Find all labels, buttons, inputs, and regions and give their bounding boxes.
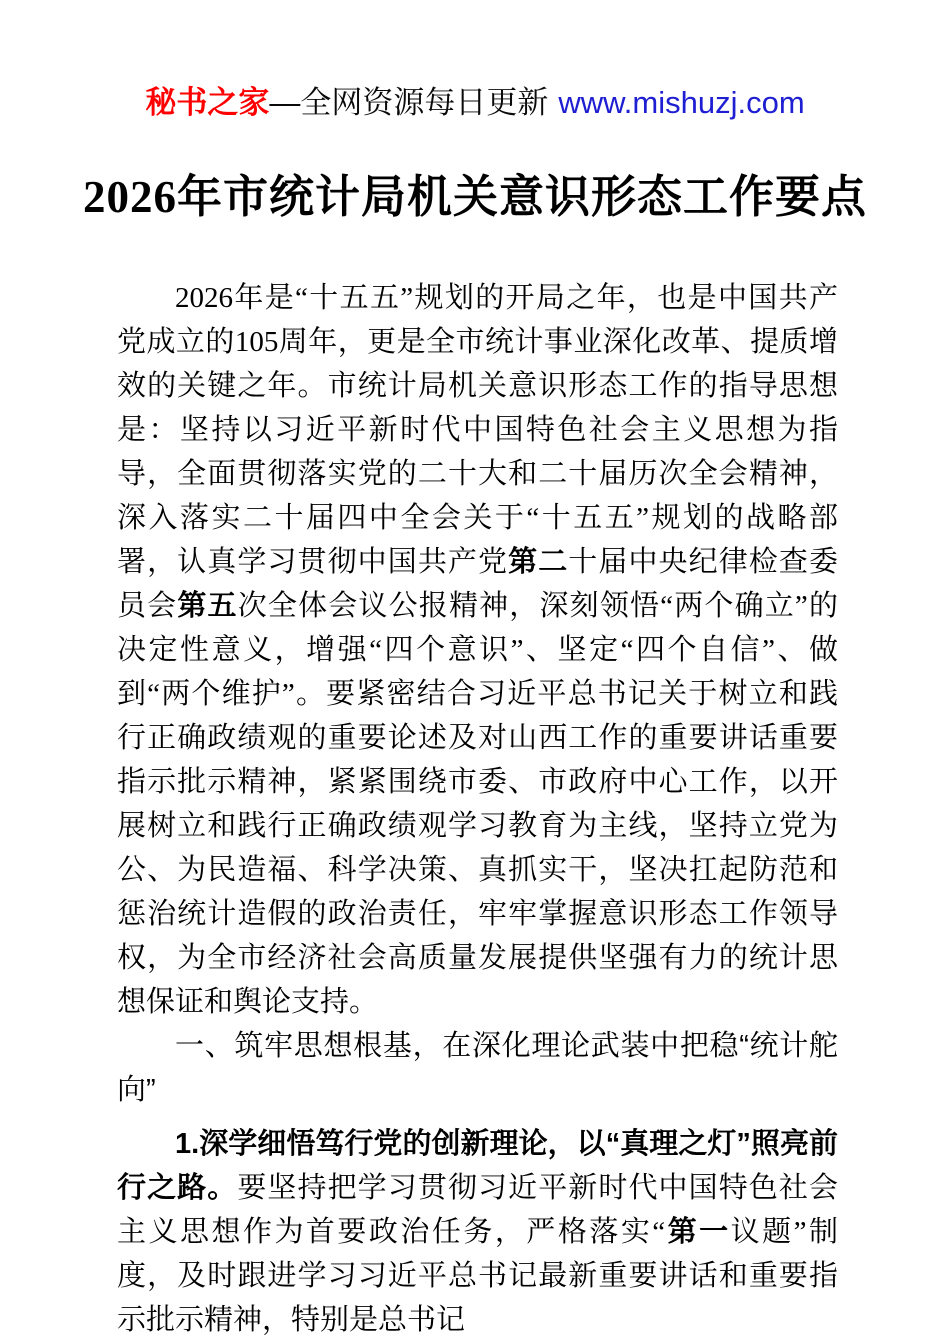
site-header: 秘书之家—全网资源每日更新www.mishuzj.com	[0, 84, 950, 122]
paragraph-intro: 2026年是“十五五”规划的开局之年，也是中国共产党成立的105周年，更是全市统…	[117, 276, 838, 1024]
text-run: 第一	[665, 1216, 730, 1248]
site-url: www.mishuzj.com	[558, 85, 804, 120]
text-run: 第二	[508, 546, 568, 578]
document-body: 2026年是“十五五”规划的开局之年，也是中国共产党成立的105周年，更是全市统…	[117, 276, 838, 1342]
paragraph-section-1: 1.深学细悟笃行党的创新理论，以“真理之灯”照亮前行之路。要坚持把学习贯彻习近平…	[117, 1122, 838, 1342]
site-tagline: —全网资源每日更新	[269, 85, 548, 120]
document-page: 秘书之家—全网资源每日更新www.mishuzj.com 2026年市统计局机关…	[0, 0, 950, 1344]
section-heading-1: 一、筑牢思想根基，在深化理论武装中把稳“统计舵向”	[117, 1024, 838, 1112]
document-title: 2026年市统计局机关意识形态工作要点	[30, 168, 920, 226]
text-run: 次全体会议公报精神，深刻领悟“两个确立”的决定性意义，增强“四个意识”、坚定“四…	[117, 590, 838, 1018]
site-name: 秘书之家	[145, 85, 269, 120]
text-run: 2026年是“十五五”规划的开局之年，也是中国共产党成立的105周年，更是全市统…	[117, 282, 838, 578]
text-run: 第五	[177, 590, 237, 622]
